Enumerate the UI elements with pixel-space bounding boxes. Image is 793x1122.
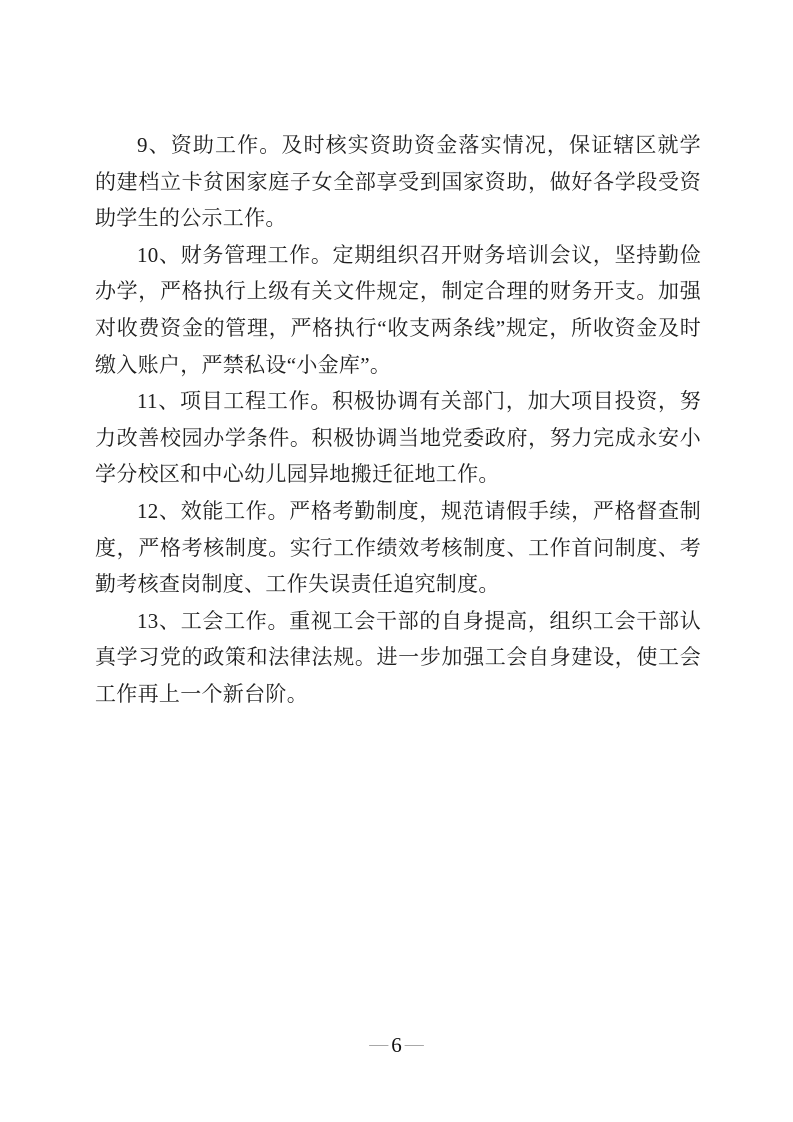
paragraph-item-9: 9、资助工作。及时核实资助资金落实情况，保证辖区就学的建档立卡贫困家庭子女全部享… (95, 127, 701, 237)
page-number-right-dash: — (405, 1034, 424, 1055)
page-number-footer: —6— (0, 1031, 793, 1061)
paragraph-item-12: 12、效能工作。严格考勤制度，规范请假手续，严格督查制度，严格考核制度。实行工作… (95, 493, 701, 603)
document-page: 9、资助工作。及时核实资助资金落实情况，保证辖区就学的建档立卡贫困家庭子女全部享… (0, 0, 793, 1122)
page-number: 6 (388, 1033, 405, 1057)
paragraph-item-11: 11、项目工程工作。积极协调有关部门，加大项目投资，努力改善校园办学条件。积极协… (95, 383, 701, 493)
paragraph-item-10: 10、财务管理工作。定期组织召开财务培训会议，坚持勤俭办学，严格执行上级有关文件… (95, 237, 701, 383)
document-body: 9、资助工作。及时核实资助资金落实情况，保证辖区就学的建档立卡贫困家庭子女全部享… (95, 127, 701, 713)
paragraph-item-13: 13、工会工作。重视工会干部的自身提高，组织工会干部认真学习党的政策和法律法规。… (95, 603, 701, 713)
page-number-left-dash: — (369, 1034, 388, 1055)
